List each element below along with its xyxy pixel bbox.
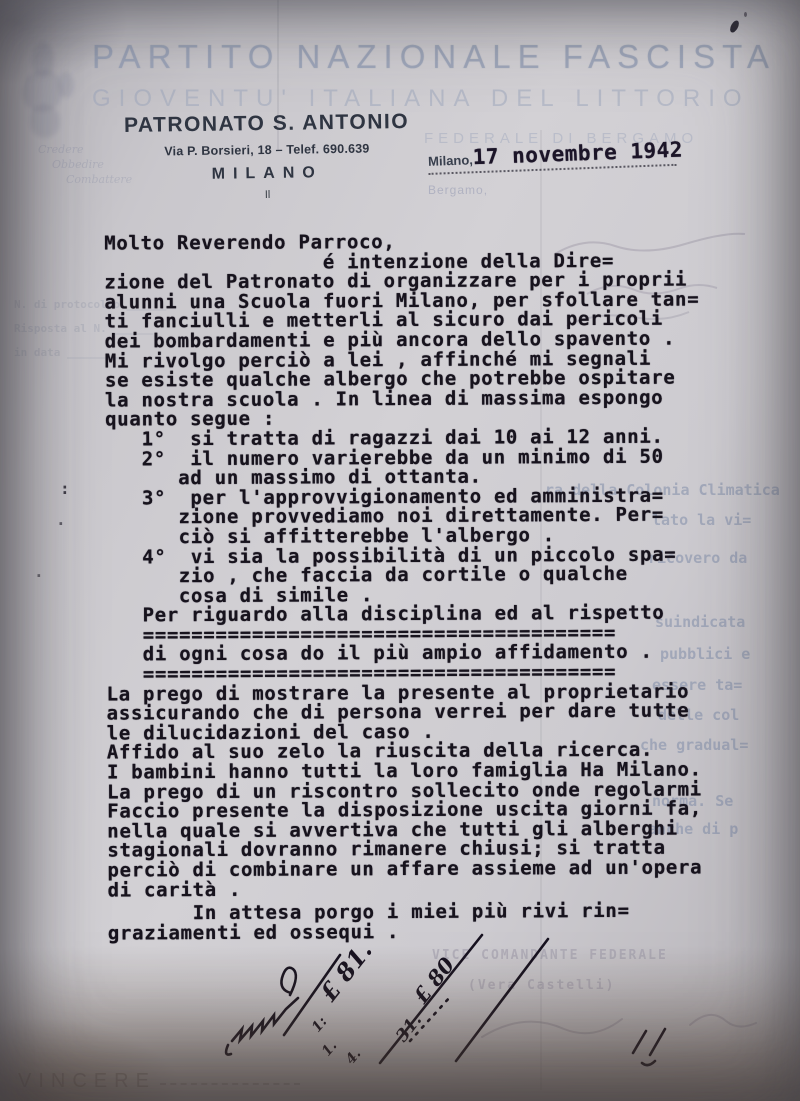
bleed-fragment-left: Credere [38, 143, 84, 156]
margin-dot-mark: · [56, 514, 66, 533]
ink-speck [728, 19, 740, 34]
ink-speck [744, 12, 747, 17]
watermark-bergamo-dateline: Bergamo, [428, 183, 488, 197]
typed-line: perciò di combinare un affare assieme ad… [107, 858, 702, 881]
letterhead-name: PATRONATO S. ANTONIO [111, 110, 421, 138]
bleed-fragment-left: Obbedire [52, 158, 104, 171]
handwriting-amount-80: £ 80 [408, 952, 459, 1008]
handwriting-mark: 1. [319, 1038, 341, 1059]
letterhead-mark: Il [112, 187, 422, 203]
margin-dot-mark: · [34, 566, 44, 585]
watermark-vincere-stamp: VINCERE [18, 1070, 156, 1093]
typed-line: In attesa porgo i miei più rivi rin= [108, 902, 703, 925]
handwritten-annotation: £ 81. 1: 1. 4. 31. £ 80 [192, 923, 792, 1098]
typed-line: di carità . [108, 878, 703, 901]
letterhead: PATRONATO S. ANTONIO Via P. Borsieri, 18… [111, 110, 422, 203]
typed-line: zio , che faccia da cortile o qualche [106, 565, 701, 588]
handwriting-mark: 4. [343, 1046, 365, 1067]
scanned-letter-page: PARTITO NAZIONALE FASCISTA GIOVENTU' ITA… [0, 0, 800, 1101]
margin-colon-mark: : [60, 479, 70, 498]
faded-party-emblem [18, 42, 80, 140]
letterhead-address: Via P. Borsieri, 18 – Telef. 690.639 [112, 141, 422, 159]
handwriting-amount-81: £ 81. [314, 936, 378, 1007]
letterhead-city: MILANO [112, 163, 422, 185]
dateline-place: Milano, [428, 152, 473, 169]
letter-body: Molto Reverendo Parroco, é intenzione de… [104, 231, 703, 943]
watermark-youth-org: GIOVENTU' ITALIANA DEL LITTORIO [92, 85, 750, 113]
watermark-party-title: PARTITO NAZIONALE FASCISTA [92, 38, 776, 76]
handwriting-mark: 1: [309, 1014, 331, 1036]
